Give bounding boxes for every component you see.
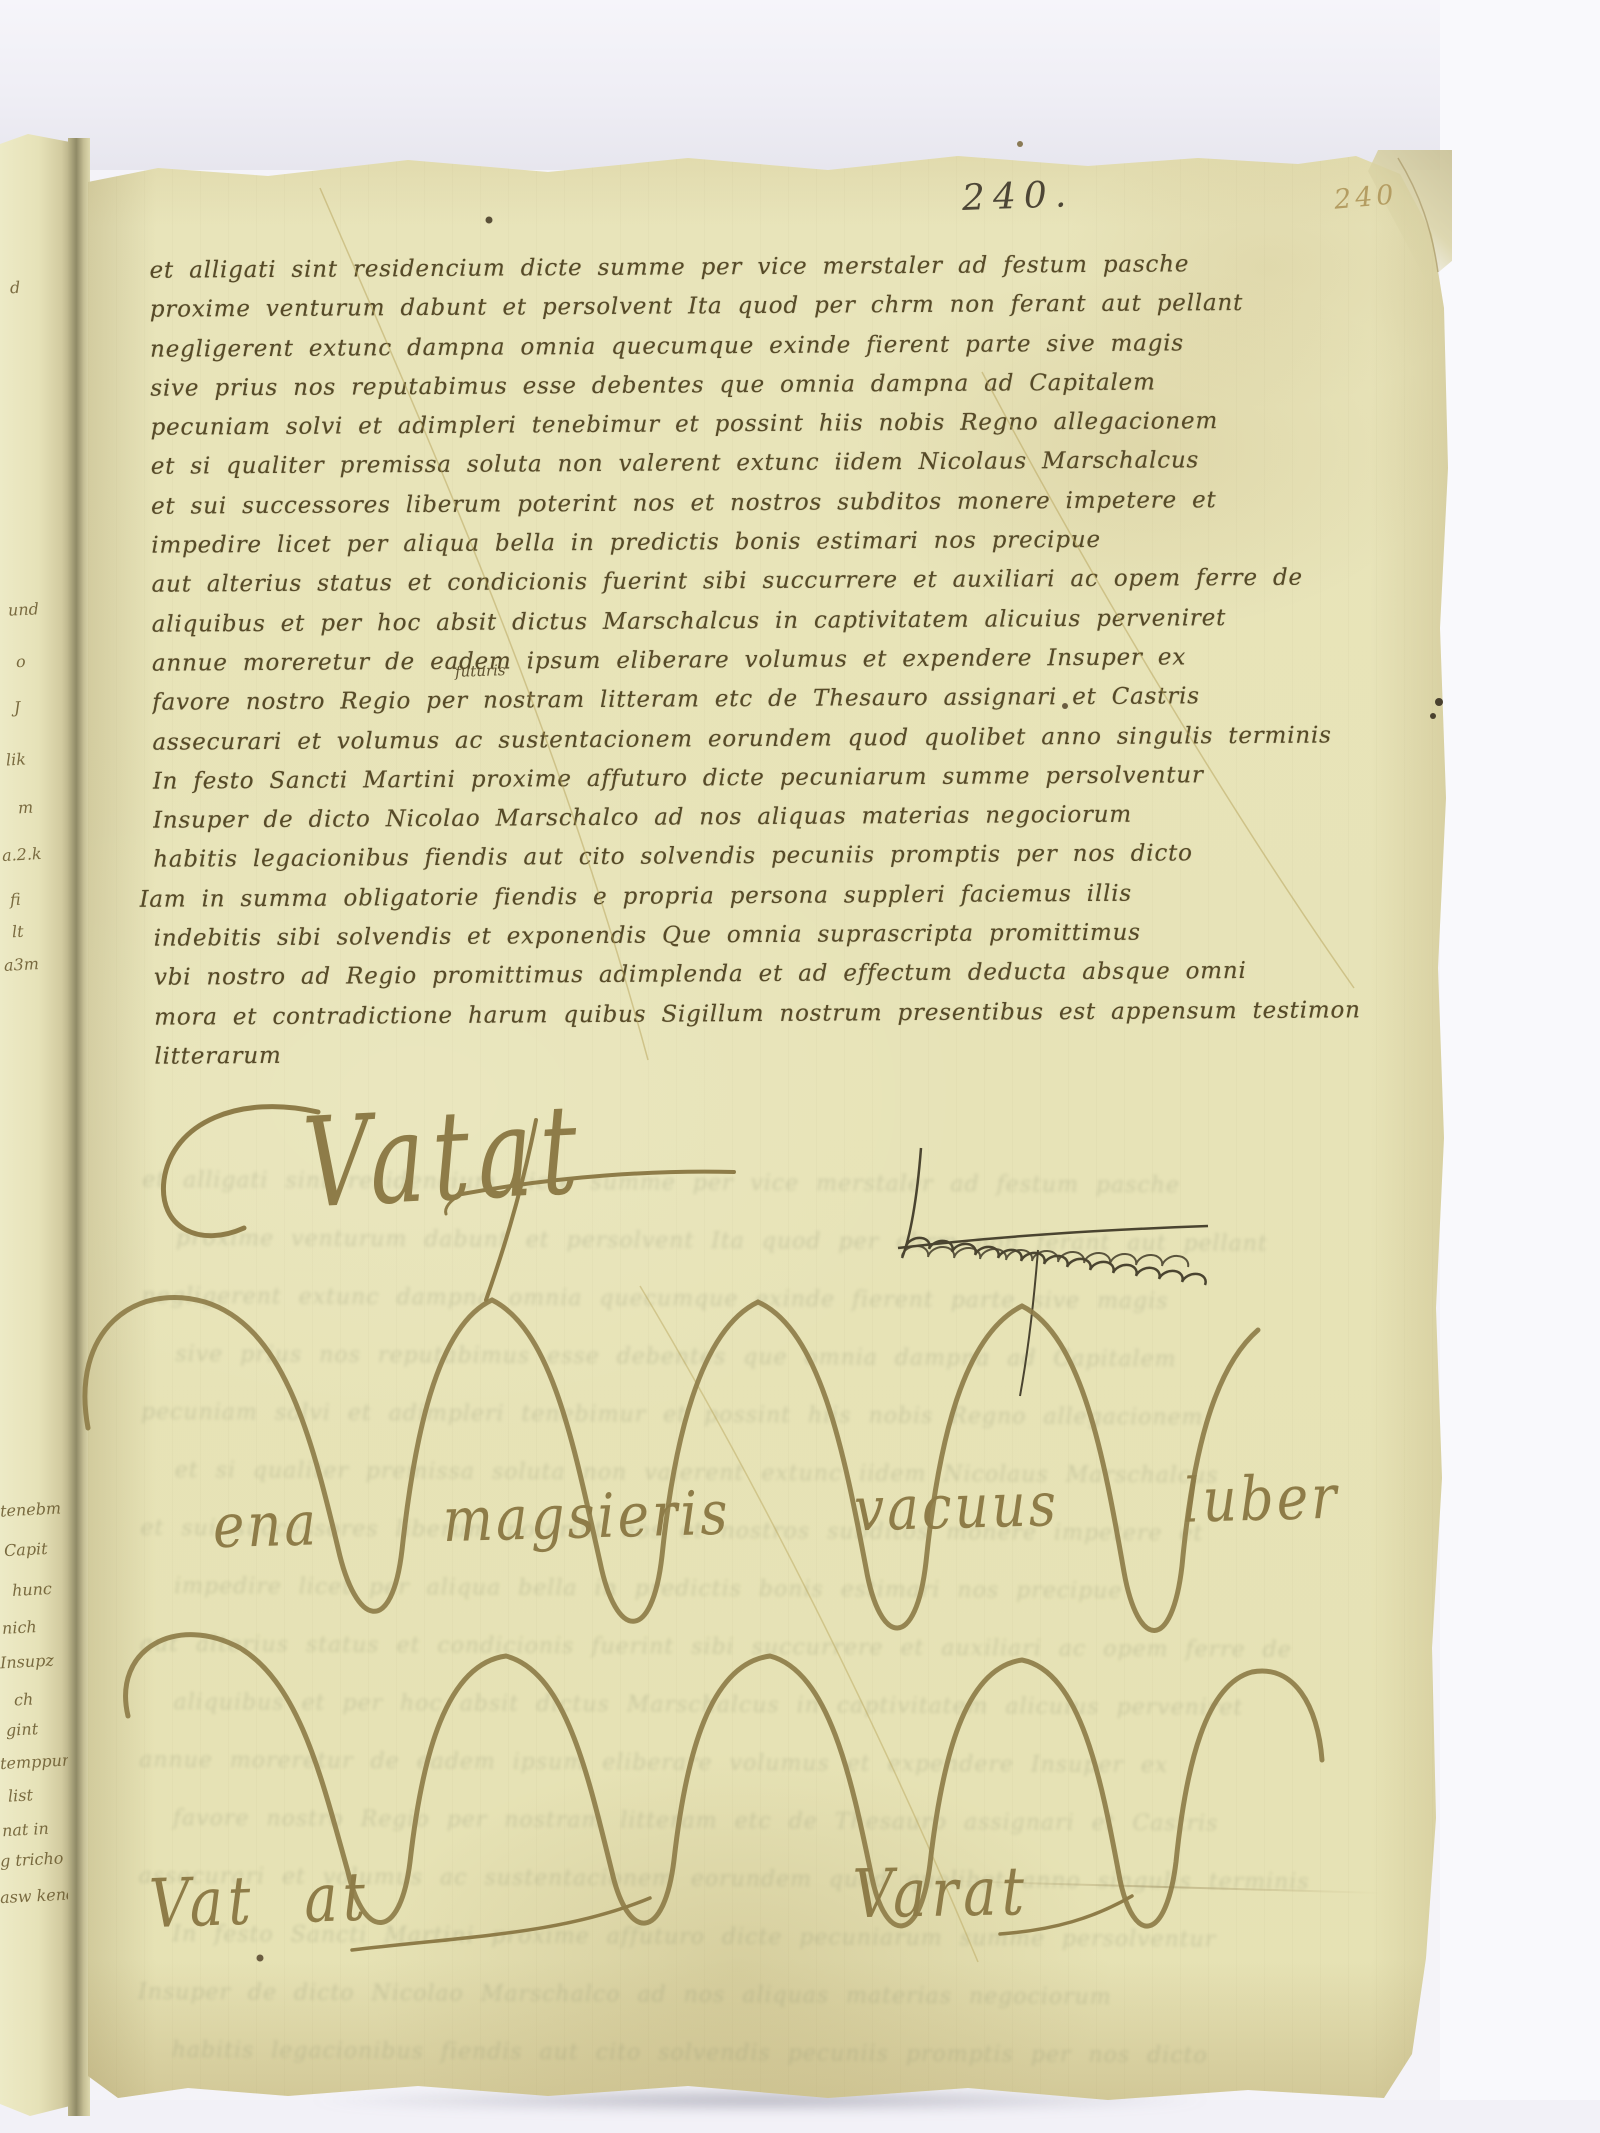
bottom-right-flourish-word: Varat (852, 1853, 1030, 1934)
pen-flourishes (0, 0, 1600, 2133)
scribble-descender (1020, 1250, 1038, 1396)
fiber-hair-2 (982, 372, 1354, 988)
fiber-hair-1 (320, 188, 648, 1060)
flourish-curl (163, 1107, 318, 1236)
scribble-strikethrough (898, 1226, 1208, 1248)
manuscript-scan: d und o J lik m a.2.k fi lt a3m tenebm C… (0, 0, 1600, 2133)
corner-curl-line (1398, 158, 1438, 272)
bottom-left-flourish-word: Vat at (148, 1858, 371, 1944)
large-flourish-word: Vatat (300, 1077, 589, 1236)
scribble-loops (906, 1238, 1206, 1285)
flourish-loop-row-1 (85, 1298, 1258, 1631)
